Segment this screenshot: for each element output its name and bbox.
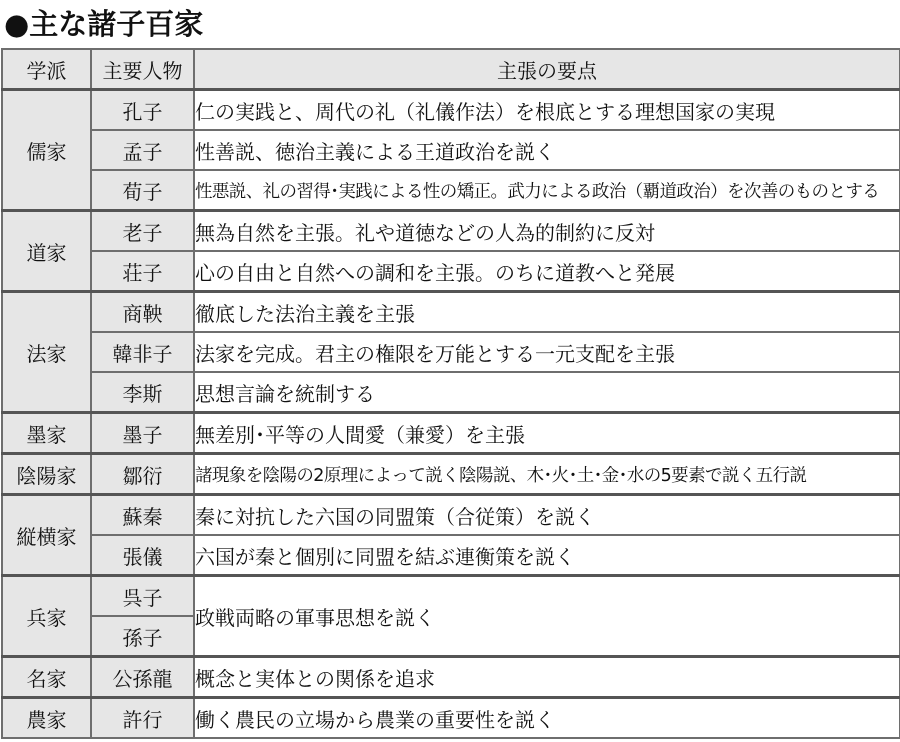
table-row: 農家 許行 働く農民の立場から農業の重要性を説く — [2, 698, 900, 739]
school-cell: 名家 — [2, 657, 91, 698]
school-cell: 墨家 — [2, 413, 91, 454]
page-title: ●主な諸子百家 — [4, 4, 203, 44]
table-row: 韓非子 法家を完成。君主の権限を万能とする一元支配を主張 — [2, 332, 900, 372]
person-cell: 李斯 — [91, 372, 194, 413]
school-cell: 儒家 — [2, 90, 91, 211]
header-point: 主張の要点 — [194, 49, 900, 90]
point-cell: 性悪説、礼の習得･実践による性の矯正。武力による政治（覇道政治）を次善のものとす… — [194, 170, 900, 211]
person-cell: 荘子 — [91, 251, 194, 292]
person-cell: 韓非子 — [91, 332, 194, 372]
table-row: 張儀 六国が秦と個別に同盟を結ぶ連衡策を説く — [2, 535, 900, 576]
school-cell: 縦横家 — [2, 495, 91, 576]
point-cell: 思想言論を統制する — [194, 372, 900, 413]
school-cell: 陰陽家 — [2, 454, 91, 495]
person-cell: 孟子 — [91, 130, 194, 170]
point-cell: 政戦両略の軍事思想を説く — [194, 576, 900, 657]
person-cell: 許行 — [91, 698, 194, 739]
point-cell: 六国が秦と個別に同盟を結ぶ連衡策を説く — [194, 535, 900, 576]
school-cell: 法家 — [2, 292, 91, 413]
person-cell: 荀子 — [91, 170, 194, 211]
person-cell: 老子 — [91, 211, 194, 252]
point-cell: 徹底した法治主義を主張 — [194, 292, 900, 333]
point-cell: 仁の実践と、周代の礼（礼儀作法）を根底とする理想国家の実現 — [194, 90, 900, 131]
school-cell: 農家 — [2, 698, 91, 739]
person-cell: 張儀 — [91, 535, 194, 576]
table-row: 兵家 呉子 政戦両略の軍事思想を説く — [2, 576, 900, 617]
table-row: 法家 商鞅 徹底した法治主義を主張 — [2, 292, 900, 333]
person-cell: 墨子 — [91, 413, 194, 454]
point-cell: 概念と実体との関係を追求 — [194, 657, 900, 698]
table-row: 道家 老子 無為自然を主張。礼や道徳などの人為的制約に反対 — [2, 211, 900, 252]
person-cell: 孫子 — [91, 616, 194, 657]
point-cell: 諸現象を陰陽の2原理によって説く陰陽説、木･火･土･金･水の5要素で説く五行説 — [194, 454, 900, 495]
point-cell: 無為自然を主張。礼や道徳などの人為的制約に反対 — [194, 211, 900, 252]
person-cell: 蘇秦 — [91, 495, 194, 536]
person-cell: 公孫龍 — [91, 657, 194, 698]
table-row: 李斯 思想言論を統制する — [2, 372, 900, 413]
person-cell: 呉子 — [91, 576, 194, 617]
table-row: 荘子 心の自由と自然への調和を主張。のちに道教へと発展 — [2, 251, 900, 292]
table-row: 荀子 性悪説、礼の習得･実践による性の矯正。武力による政治（覇道政治）を次善のも… — [2, 170, 900, 211]
person-cell: 鄒衍 — [91, 454, 194, 495]
point-cell: 秦に対抗した六国の同盟策（合従策）を説く — [194, 495, 900, 536]
point-cell: 無差別･平等の人間愛（兼愛）を主張 — [194, 413, 900, 454]
person-cell: 孔子 — [91, 90, 194, 131]
table-row: 名家 公孫龍 概念と実体との関係を追求 — [2, 657, 900, 698]
header-school: 学派 — [2, 49, 91, 90]
point-cell: 法家を完成。君主の権限を万能とする一元支配を主張 — [194, 332, 900, 372]
point-cell: 働く農民の立場から農業の重要性を説く — [194, 698, 900, 739]
header-person: 主要人物 — [91, 49, 194, 90]
header-row: 学派 主要人物 主張の要点 — [2, 49, 900, 90]
school-cell: 兵家 — [2, 576, 91, 657]
point-cell: 性善説、徳治主義による王道政治を説く — [194, 130, 900, 170]
school-cell: 道家 — [2, 211, 91, 292]
table-row: 陰陽家 鄒衍 諸現象を陰陽の2原理によって説く陰陽説、木･火･土･金･水の5要素… — [2, 454, 900, 495]
person-cell: 商鞅 — [91, 292, 194, 333]
hundred-schools-table: 学派 主要人物 主張の要点 儒家 孔子 仁の実践と、周代の礼（礼儀作法）を根底と… — [1, 48, 900, 739]
table-row: 儒家 孔子 仁の実践と、周代の礼（礼儀作法）を根底とする理想国家の実現 — [2, 90, 900, 131]
table-row: 墨家 墨子 無差別･平等の人間愛（兼愛）を主張 — [2, 413, 900, 454]
table-row: 縦横家 蘇秦 秦に対抗した六国の同盟策（合従策）を説く — [2, 495, 900, 536]
point-cell: 心の自由と自然への調和を主張。のちに道教へと発展 — [194, 251, 900, 292]
table-row: 孟子 性善説、徳治主義による王道政治を説く — [2, 130, 900, 170]
